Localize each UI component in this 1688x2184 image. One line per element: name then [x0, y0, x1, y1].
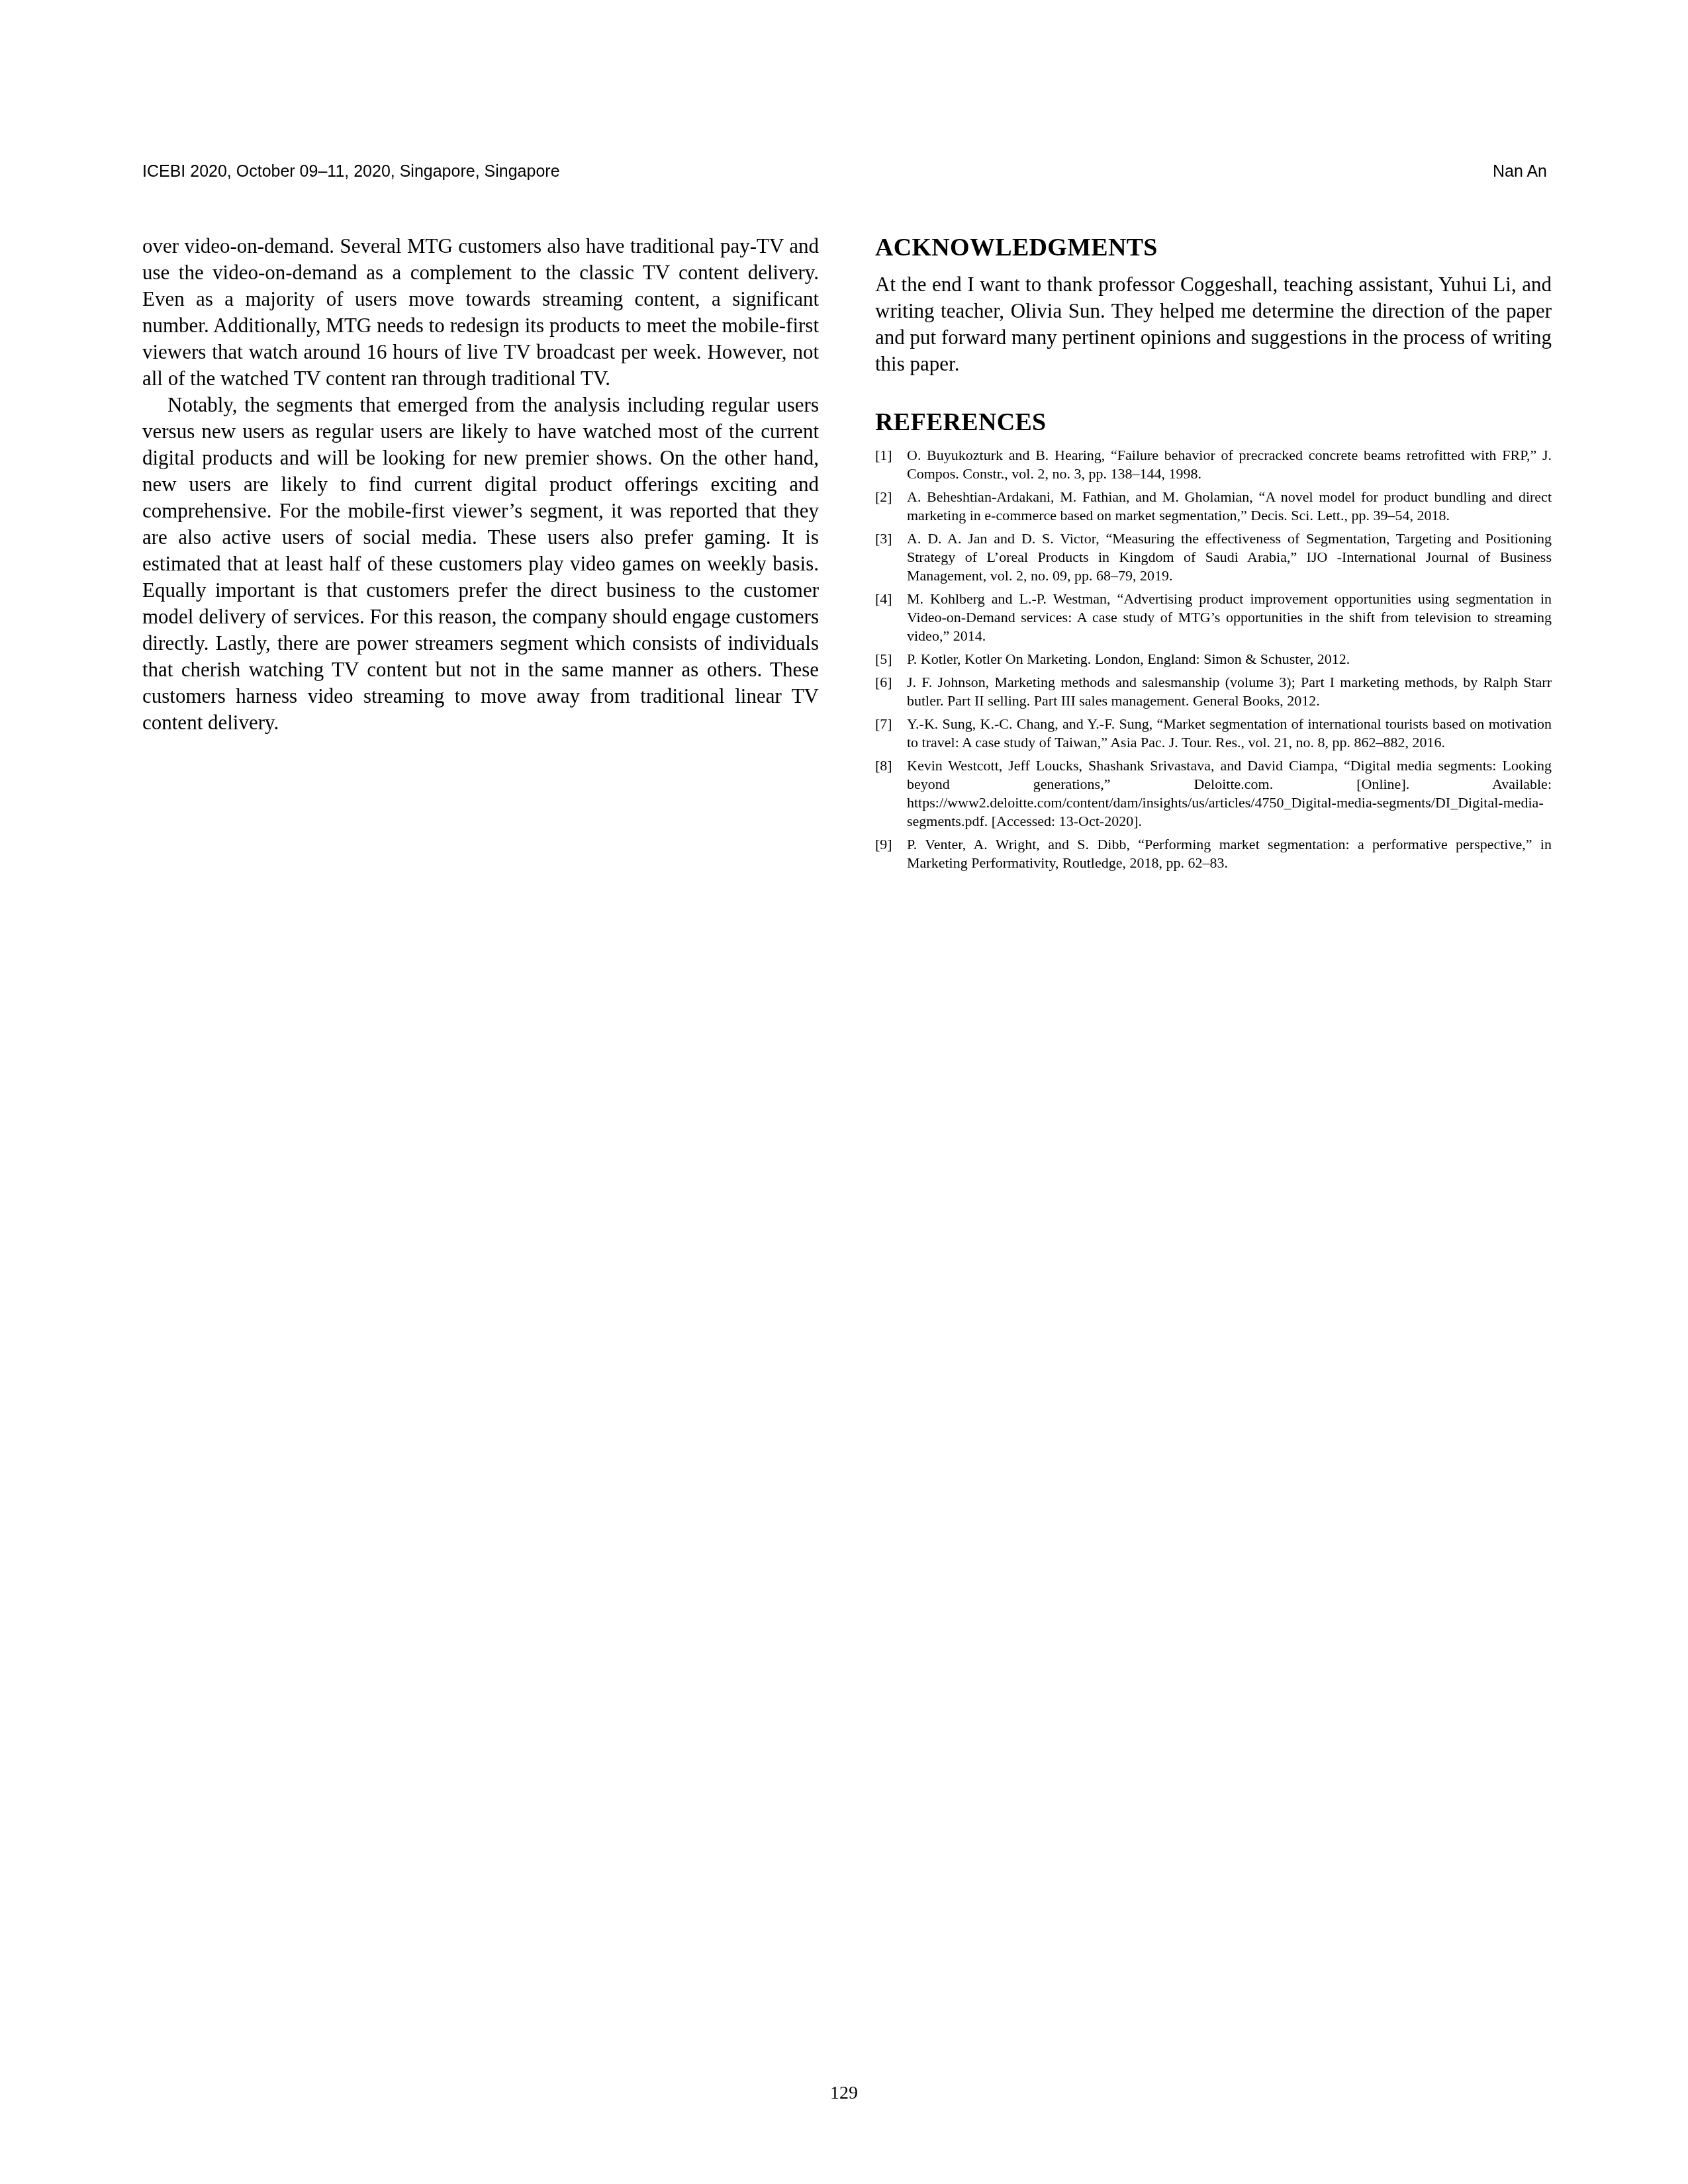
paper-page: ICEBI 2020, October 09–11, 2020, Singapo…	[0, 0, 1688, 2184]
running-head-conference: ICEBI 2020, October 09–11, 2020, Singapo…	[142, 163, 560, 181]
reference-label: [9]	[875, 835, 907, 854]
reference-item: [5] P. Kotler, Kotler On Marketing. Lond…	[875, 650, 1552, 668]
reference-text: P. Kotler, Kotler On Marketing. London, …	[907, 650, 1552, 668]
reference-label: [5]	[875, 650, 907, 668]
reference-text: A. Beheshtian-Ardakani, M. Fathian, and …	[907, 488, 1552, 525]
page-number: 129	[0, 2083, 1688, 2104]
right-column: ACKNOWLEDGMENTS At the end I want to tha…	[875, 233, 1552, 877]
left-column: over video-on-demand. Several MTG custom…	[142, 233, 819, 736]
reference-text: J. F. Johnson, Marketing methods and sal…	[907, 673, 1552, 710]
reference-item: [4] M. Kohlberg and L.-P. Westman, “Adve…	[875, 590, 1552, 645]
reference-item: [7] Y.-K. Sung, K.-C. Chang, and Y.-F. S…	[875, 715, 1552, 752]
acknowledgments-text: At the end I want to thank professor Cog…	[875, 271, 1552, 377]
acknowledgments-heading: ACKNOWLEDGMENTS	[875, 233, 1552, 262]
reference-text: Y.-K. Sung, K.-C. Chang, and Y.-F. Sung,…	[907, 715, 1552, 752]
reference-item: [6] J. F. Johnson, Marketing methods and…	[875, 673, 1552, 710]
reference-label: [4]	[875, 590, 907, 608]
reference-label: [6]	[875, 673, 907, 692]
reference-text: A. D. A. Jan and D. S. Victor, “Measurin…	[907, 529, 1552, 585]
reference-item: [8] Kevin Westcott, Jeff Loucks, Shashan…	[875, 756, 1552, 831]
reference-label: [1]	[875, 446, 907, 465]
reference-text: O. Buyukozturk and B. Hearing, “Failure …	[907, 446, 1552, 483]
reference-item: [1] O. Buyukozturk and B. Hearing, “Fail…	[875, 446, 1552, 483]
reference-label: [2]	[875, 488, 907, 506]
reference-item: [2] A. Beheshtian-Ardakani, M. Fathian, …	[875, 488, 1552, 525]
reference-label: [7]	[875, 715, 907, 733]
body-paragraph-1: over video-on-demand. Several MTG custom…	[142, 233, 819, 392]
reference-text: Kevin Westcott, Jeff Loucks, Shashank Sr…	[907, 756, 1552, 831]
reference-text: P. Venter, A. Wright, and S. Dibb, “Perf…	[907, 835, 1552, 872]
body-paragraph-2: Notably, the segments that emerged from …	[142, 392, 819, 736]
reference-item: [9] P. Venter, A. Wright, and S. Dibb, “…	[875, 835, 1552, 872]
reference-label: [8]	[875, 756, 907, 775]
reference-label: [3]	[875, 529, 907, 548]
running-head: ICEBI 2020, October 09–11, 2020, Singapo…	[142, 163, 1547, 181]
running-head-author: Nan An	[1493, 163, 1547, 181]
reference-text: M. Kohlberg and L.-P. Westman, “Advertis…	[907, 590, 1552, 645]
reference-item: [3] A. D. A. Jan and D. S. Victor, “Meas…	[875, 529, 1552, 585]
reference-list: [1] O. Buyukozturk and B. Hearing, “Fail…	[875, 446, 1552, 872]
references-heading: REFERENCES	[875, 408, 1552, 437]
